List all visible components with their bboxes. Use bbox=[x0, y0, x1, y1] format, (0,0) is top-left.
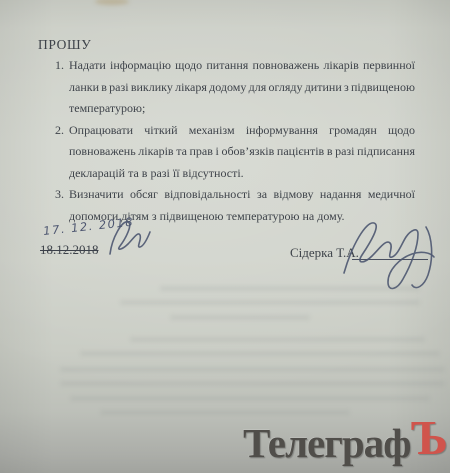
show-through-line bbox=[170, 315, 310, 320]
item-text-line: температурою; bbox=[69, 98, 415, 120]
item-number: 2. bbox=[55, 120, 69, 185]
date-initial-scribble bbox=[102, 216, 154, 260]
show-through-line bbox=[60, 367, 445, 372]
list-item: 2. Опрацюватичіткиймеханізмінформуванняг… bbox=[55, 120, 415, 185]
item-text-line: ланкивразівикликулікарядодомудляоглядуди… bbox=[69, 77, 415, 99]
list-item: 1. Надатиінформаціющодопитанняповноважен… bbox=[55, 55, 415, 120]
show-through-line bbox=[60, 381, 445, 386]
item-text-line: Опрацюватичіткиймеханізмінформуваннягром… bbox=[69, 120, 415, 142]
show-through-line bbox=[120, 300, 420, 305]
show-through-line bbox=[130, 337, 425, 342]
item-number: 1. bbox=[55, 55, 69, 120]
show-through-line bbox=[160, 286, 420, 291]
watermark-text-accent: Ъ bbox=[411, 410, 448, 465]
request-list: 1. Надатиінформаціющодопитанняповноважен… bbox=[55, 55, 415, 227]
item-text-line: повноваженьлікарівтаправіобов’язківпаціє… bbox=[69, 141, 415, 163]
item-text-line: декларацій та в разі її відсутності. bbox=[69, 163, 415, 185]
signature-scribble bbox=[338, 213, 446, 293]
document-heading: ПРОШУ bbox=[38, 37, 91, 53]
typed-date-struck: 18.12.2018 bbox=[40, 242, 99, 258]
show-through-line bbox=[80, 351, 440, 356]
show-through-line bbox=[70, 396, 430, 401]
document-page: ПРОШУ 1. Надатиінформаціющодопитанняповн… bbox=[0, 0, 450, 473]
watermark-text-main: Телеграф bbox=[243, 420, 410, 466]
item-text-line: Визначитиобсягвідповідальностізавідмовун… bbox=[69, 184, 415, 206]
telegraf-watermark: ТелеграфЪ bbox=[243, 413, 447, 464]
paper-smudge bbox=[95, 0, 129, 5]
item-text-line: Надатиінформаціющодопитанняповноваженьлі… bbox=[69, 55, 415, 77]
